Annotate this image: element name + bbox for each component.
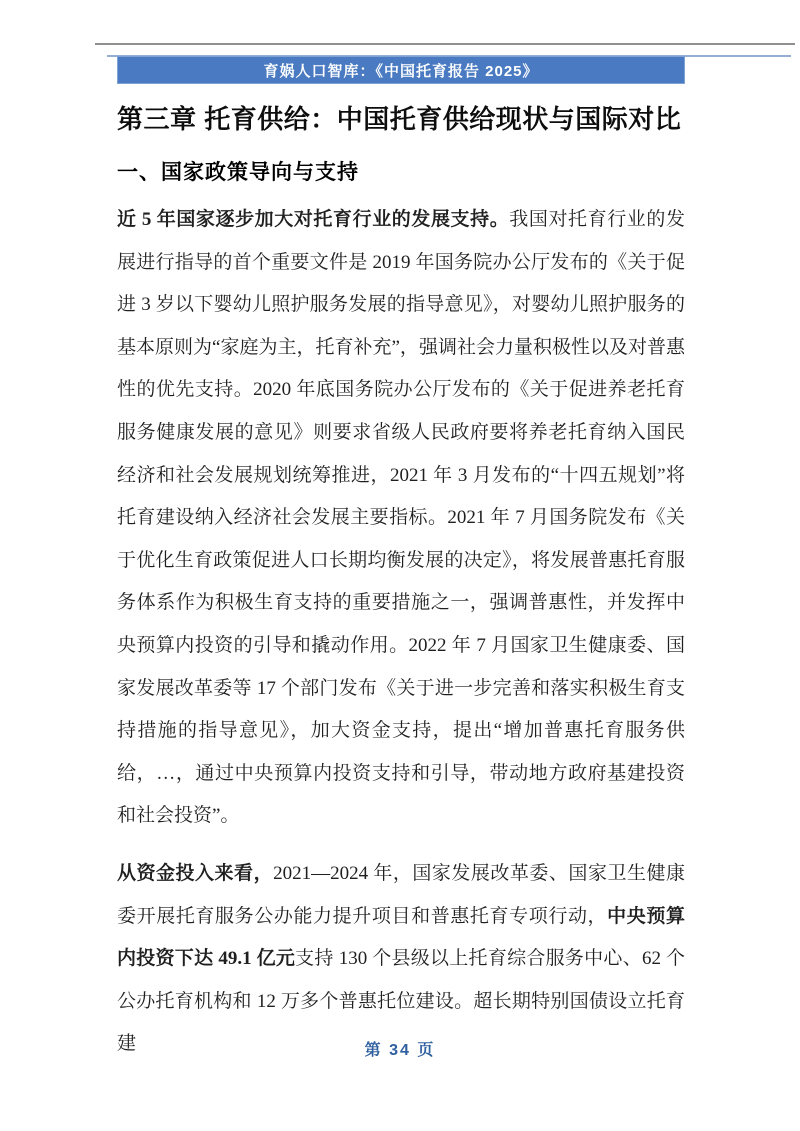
header-rule-dark bbox=[95, 43, 795, 45]
section-heading: 一、国家政策导向与支持 bbox=[117, 156, 617, 186]
document-page: 育娲人口智库：《中国托育报告 2025》 第三章 托育供给：中国托育供给现状与国… bbox=[0, 0, 800, 1131]
text-run: 我国对托育行业的发展进行指导的首个重要文件是 2019 年国务院办公厅发布的《关… bbox=[117, 209, 685, 826]
header-band: 育娲人口智库：《中国托育报告 2025》 bbox=[117, 56, 685, 84]
page-footer: 第 34 页 bbox=[0, 1037, 800, 1060]
chapter-title: 第三章 托育供给：中国托育供给现状与国际对比 bbox=[117, 99, 717, 136]
paragraph: 近 5 年国家逐步加大对托育行业的发展支持。我国对托育行业的发展进行指导的首个重… bbox=[117, 199, 685, 838]
bold-run: 近 5 年国家逐步加大对托育行业的发展支持。 bbox=[117, 209, 509, 230]
paragraph: 从资金投入来看，2021—2024 年，国家发展改革委、国家卫生健康委开展托育服… bbox=[117, 853, 685, 1066]
header-band-text: 育娲人口智库：《中国托育报告 2025》 bbox=[263, 60, 538, 81]
page-number: 第 34 页 bbox=[365, 1042, 436, 1059]
bold-run: 从资金投入来看， bbox=[117, 863, 273, 884]
body-paragraphs: 近 5 年国家逐步加大对托育行业的发展支持。我国对托育行业的发展进行指导的首个重… bbox=[117, 199, 685, 1066]
